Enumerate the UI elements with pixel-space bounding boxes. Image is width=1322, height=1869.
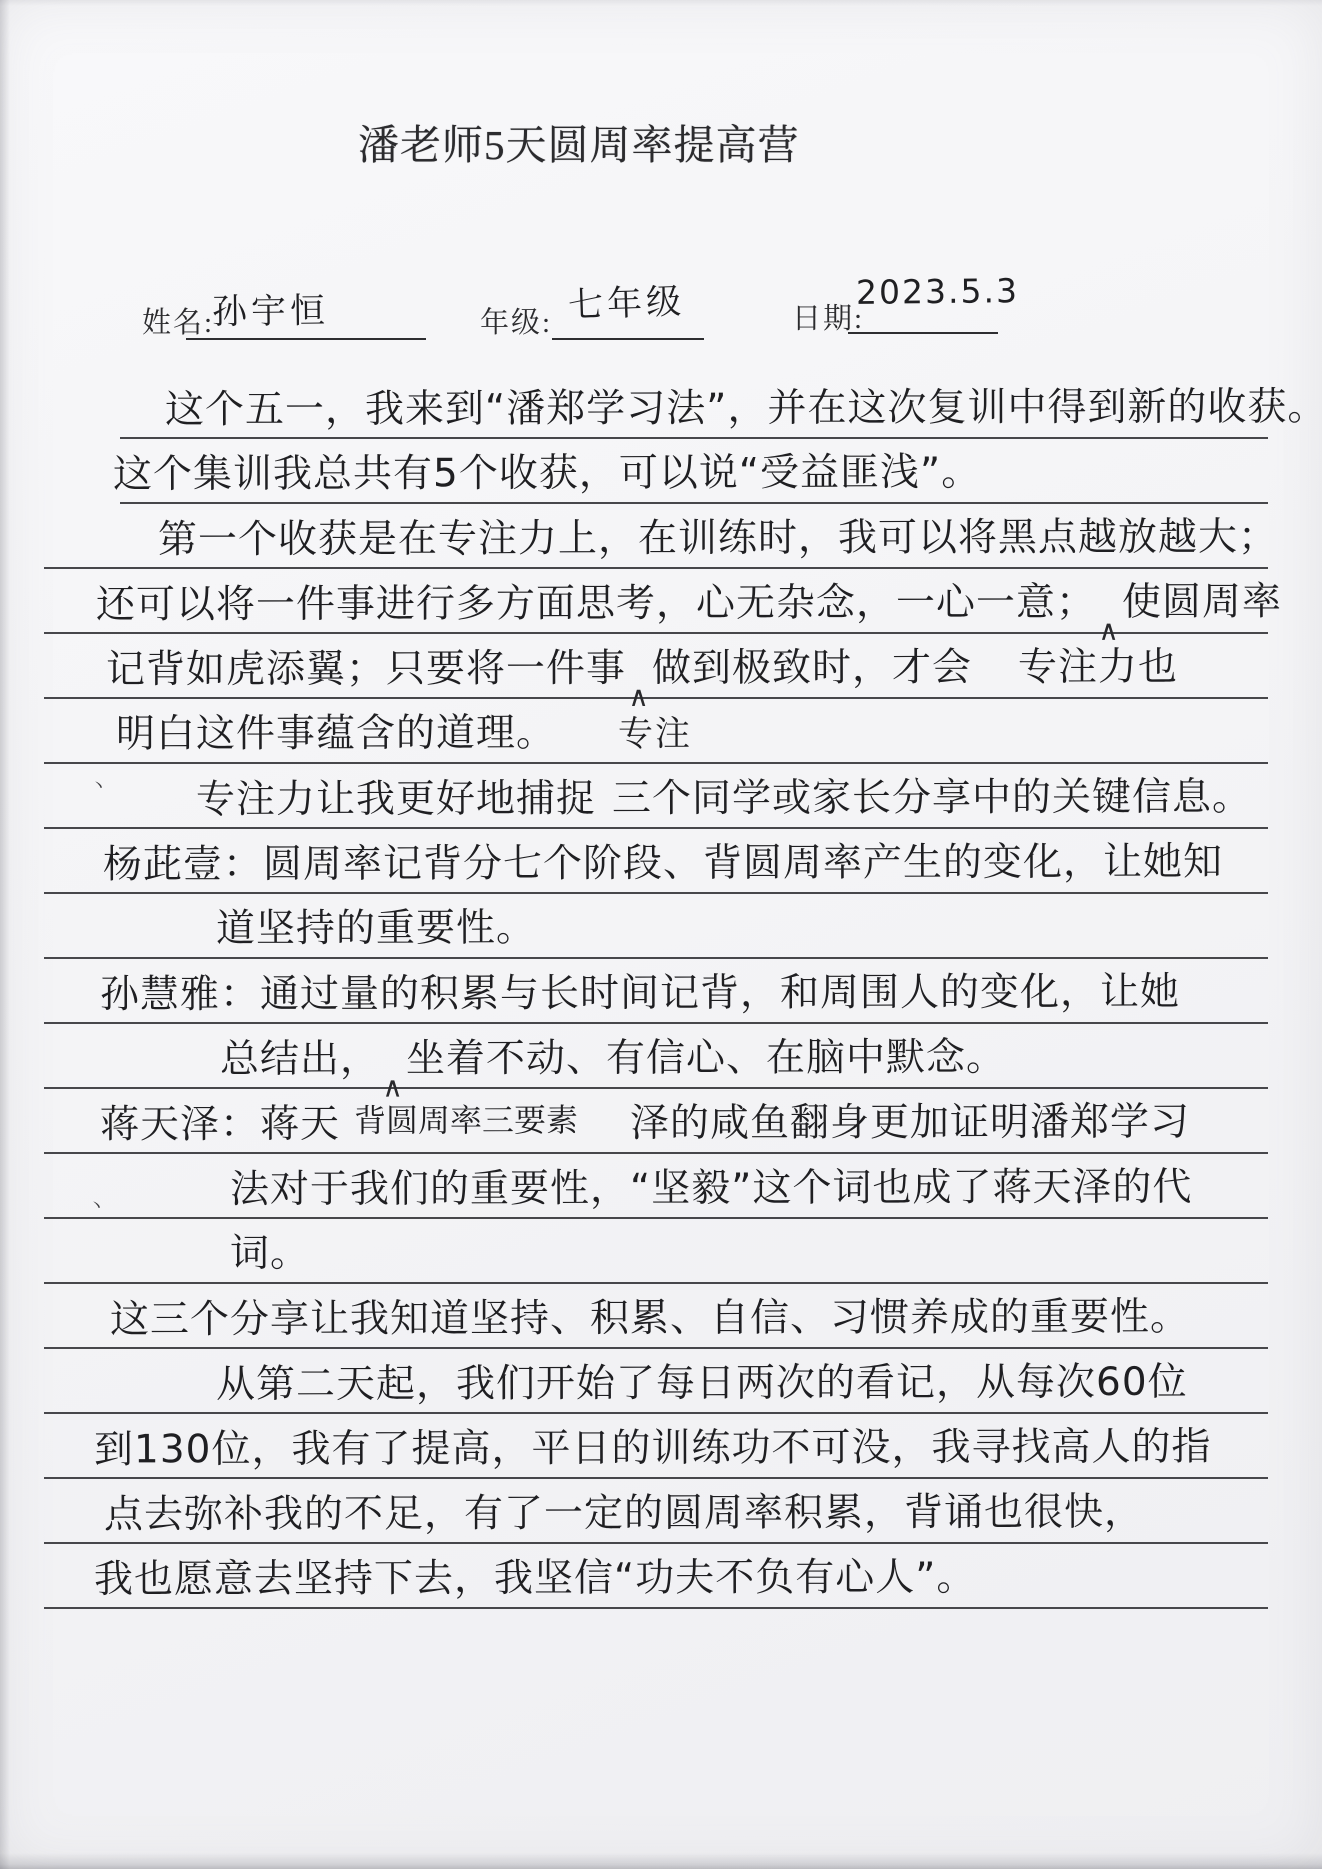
scan-edge-bottom (0, 1853, 1322, 1869)
essay-line: 还可以将一件事进行多方面思考，心无杂念，一心一意；∧使圆周率 (96, 574, 1282, 635)
handwritten-text: 词。 (230, 1231, 310, 1276)
essay-line: 孙慧雅：通过量的积累与长时间记背，和周围人的变化，让她 (100, 965, 1180, 1026)
handwritten-text: 法对于我们的重要性，“坚毅”这个词也成了蒋天泽的代 (230, 1165, 1193, 1213)
handwritten-text: 孙慧雅：通过量的积累与长时间记背，和周围人的变化，让她 (100, 970, 1180, 1018)
essay-line: 点去弥补我的不足，有了一定的圆周率积累，背诵也很快， (104, 1485, 1144, 1546)
name-label: 姓名: (142, 300, 214, 341)
grade-label: 年级: (480, 300, 552, 341)
essay-line: 总结出，∧坐着不动、有信心、在脑中默念。 (220, 1030, 1006, 1090)
essay-line: 专注力让我更好地捕捉三个同学或家长分享中的关键信息。 (196, 770, 1252, 831)
scan-edge-left (0, 0, 10, 1869)
handwritten-text: 专注力让我更好地捕捉 (196, 776, 596, 822)
essay-line: 道坚持的重要性。 (216, 901, 536, 960)
handwritten-text: 做到极致时，才会 (652, 645, 972, 691)
ruled-line (44, 1282, 1268, 1284)
text-gap (596, 810, 612, 811)
stray-ink-mark: 丶 (88, 1192, 105, 1217)
essay-line: 第一个收获是在专注力上，在训练时，我可以将黑点越放越大； (158, 510, 1278, 571)
essay-line: 词。 (230, 1226, 310, 1284)
essay-line: 蒋天泽：蒋天背圆周率三要素泽的咸鱼翻身更加证明潘郑学习 (100, 1095, 1190, 1156)
handwritten-text: 杨茈壹：圆周率记背分七个阶段、背圆周率产生的变化，让她知 (103, 840, 1223, 888)
scan-edge-top (0, 0, 1322, 6)
page-title: 潘老师5天圆周率提高营 (358, 112, 800, 171)
handwritten-text: 坐着不动、有信心、在脑中默念。 (406, 1035, 1006, 1082)
grade-underline (552, 338, 704, 340)
handwritten-text: 三个同学或家长分享中的关键信息。 (612, 775, 1252, 822)
essay-line: 我也愿意去坚持下去，我坚信“功夫不负有心人”。 (94, 1550, 977, 1610)
essay-line: 法对于我们的重要性，“坚毅”这个词也成了蒋天泽的代 (230, 1160, 1193, 1221)
essay-line: 明白这件事蕴含的道理。专注 (116, 705, 692, 765)
handwritten-text: 从第二天起，我们开始了每日两次的看记，从每次60位 (216, 1360, 1188, 1408)
handwritten-text: 还可以将一件事进行多方面思考，心无杂念，一心一意； (96, 580, 1096, 628)
stray-ink-mark: 丶 (90, 772, 107, 797)
handwritten-text: 总结出， (220, 1037, 380, 1082)
handwritten-text: 这个五一，我来到“潘郑学习法”，并在这次复训中得到新的收获。 (165, 384, 1322, 432)
essay-line: 记背如虎添翼；只要将一件事∧做到极致时，才会专注力也 (106, 640, 1178, 701)
text-gap (340, 1136, 354, 1137)
handwritten-text: 到130位，我有了提高，平日的训练功不可没，我寻找高人的指 (94, 1425, 1212, 1473)
name-underline (186, 338, 426, 340)
scanned-worksheet-page: 潘老师5天圆周率提高营 姓名: 孙宇恒 年级: 七年级 日期: 2023.5.3… (0, 0, 1322, 1869)
handwritten-text: 明白这件事蕴含的道理。 (116, 711, 556, 757)
essay-line: 这三个分享让我知道坚持、积累、自信、习惯养成的重要性。 (110, 1290, 1190, 1351)
handwritten-text: 我也愿意去坚持下去，我坚信“功夫不负有心人”。 (94, 1555, 977, 1602)
handwritten-text: 专注力也 (1018, 645, 1178, 690)
inserted-annotation-text: 背圆周率三要素 (354, 1101, 578, 1140)
handwritten-text: 泽的咸鱼翻身更加证明潘郑学习 (630, 1100, 1190, 1146)
text-gap (556, 744, 618, 745)
grade-value: 七年级 (567, 274, 686, 328)
name-value: 孙宇恒 (212, 283, 330, 334)
handwritten-text: 记背如虎添翼；只要将一件事 (106, 646, 626, 692)
essay-line: 这个五一，我来到“潘郑学习法”，并在这次复训中得到新的收获。 (165, 379, 1322, 440)
handwritten-text: 这三个分享让我知道坚持、积累、自信、习惯养成的重要性。 (110, 1295, 1190, 1343)
essay-line: 杨茈壹：圆周率记背分七个阶段、背圆周率产生的变化，让她知 (103, 835, 1223, 896)
handwritten-text: 蒋天泽：蒋天 (100, 1102, 340, 1148)
text-gap (972, 679, 1018, 680)
essay-line: 到130位，我有了提高，平日的训练功不可没，我寻找高人的指 (94, 1420, 1212, 1481)
date-underline (848, 332, 998, 334)
handwritten-text: 这个集训我总共有5个收获，可以说“受益匪浅”。 (113, 450, 981, 497)
margin-annotation-text: 专注 (618, 714, 692, 754)
handwritten-text: 道坚持的重要性。 (216, 906, 536, 952)
date-label: 日期: (792, 296, 864, 337)
handwritten-text: 点去弥补我的不足，有了一定的圆周率积累，背诵也很快， (104, 1490, 1144, 1538)
essay-line: 从第二天起，我们开始了每日两次的看记，从每次60位 (216, 1355, 1188, 1416)
date-value: 2023.5.3 (856, 271, 1019, 312)
essay-line: 这个集训我总共有5个收获，可以说“受益匪浅”。 (113, 445, 981, 505)
handwritten-text: 第一个收获是在专注力上，在训练时，我可以将黑点越放越大； (158, 515, 1278, 563)
handwritten-text: 使圆周率 (1122, 579, 1282, 624)
text-gap (578, 1135, 630, 1136)
